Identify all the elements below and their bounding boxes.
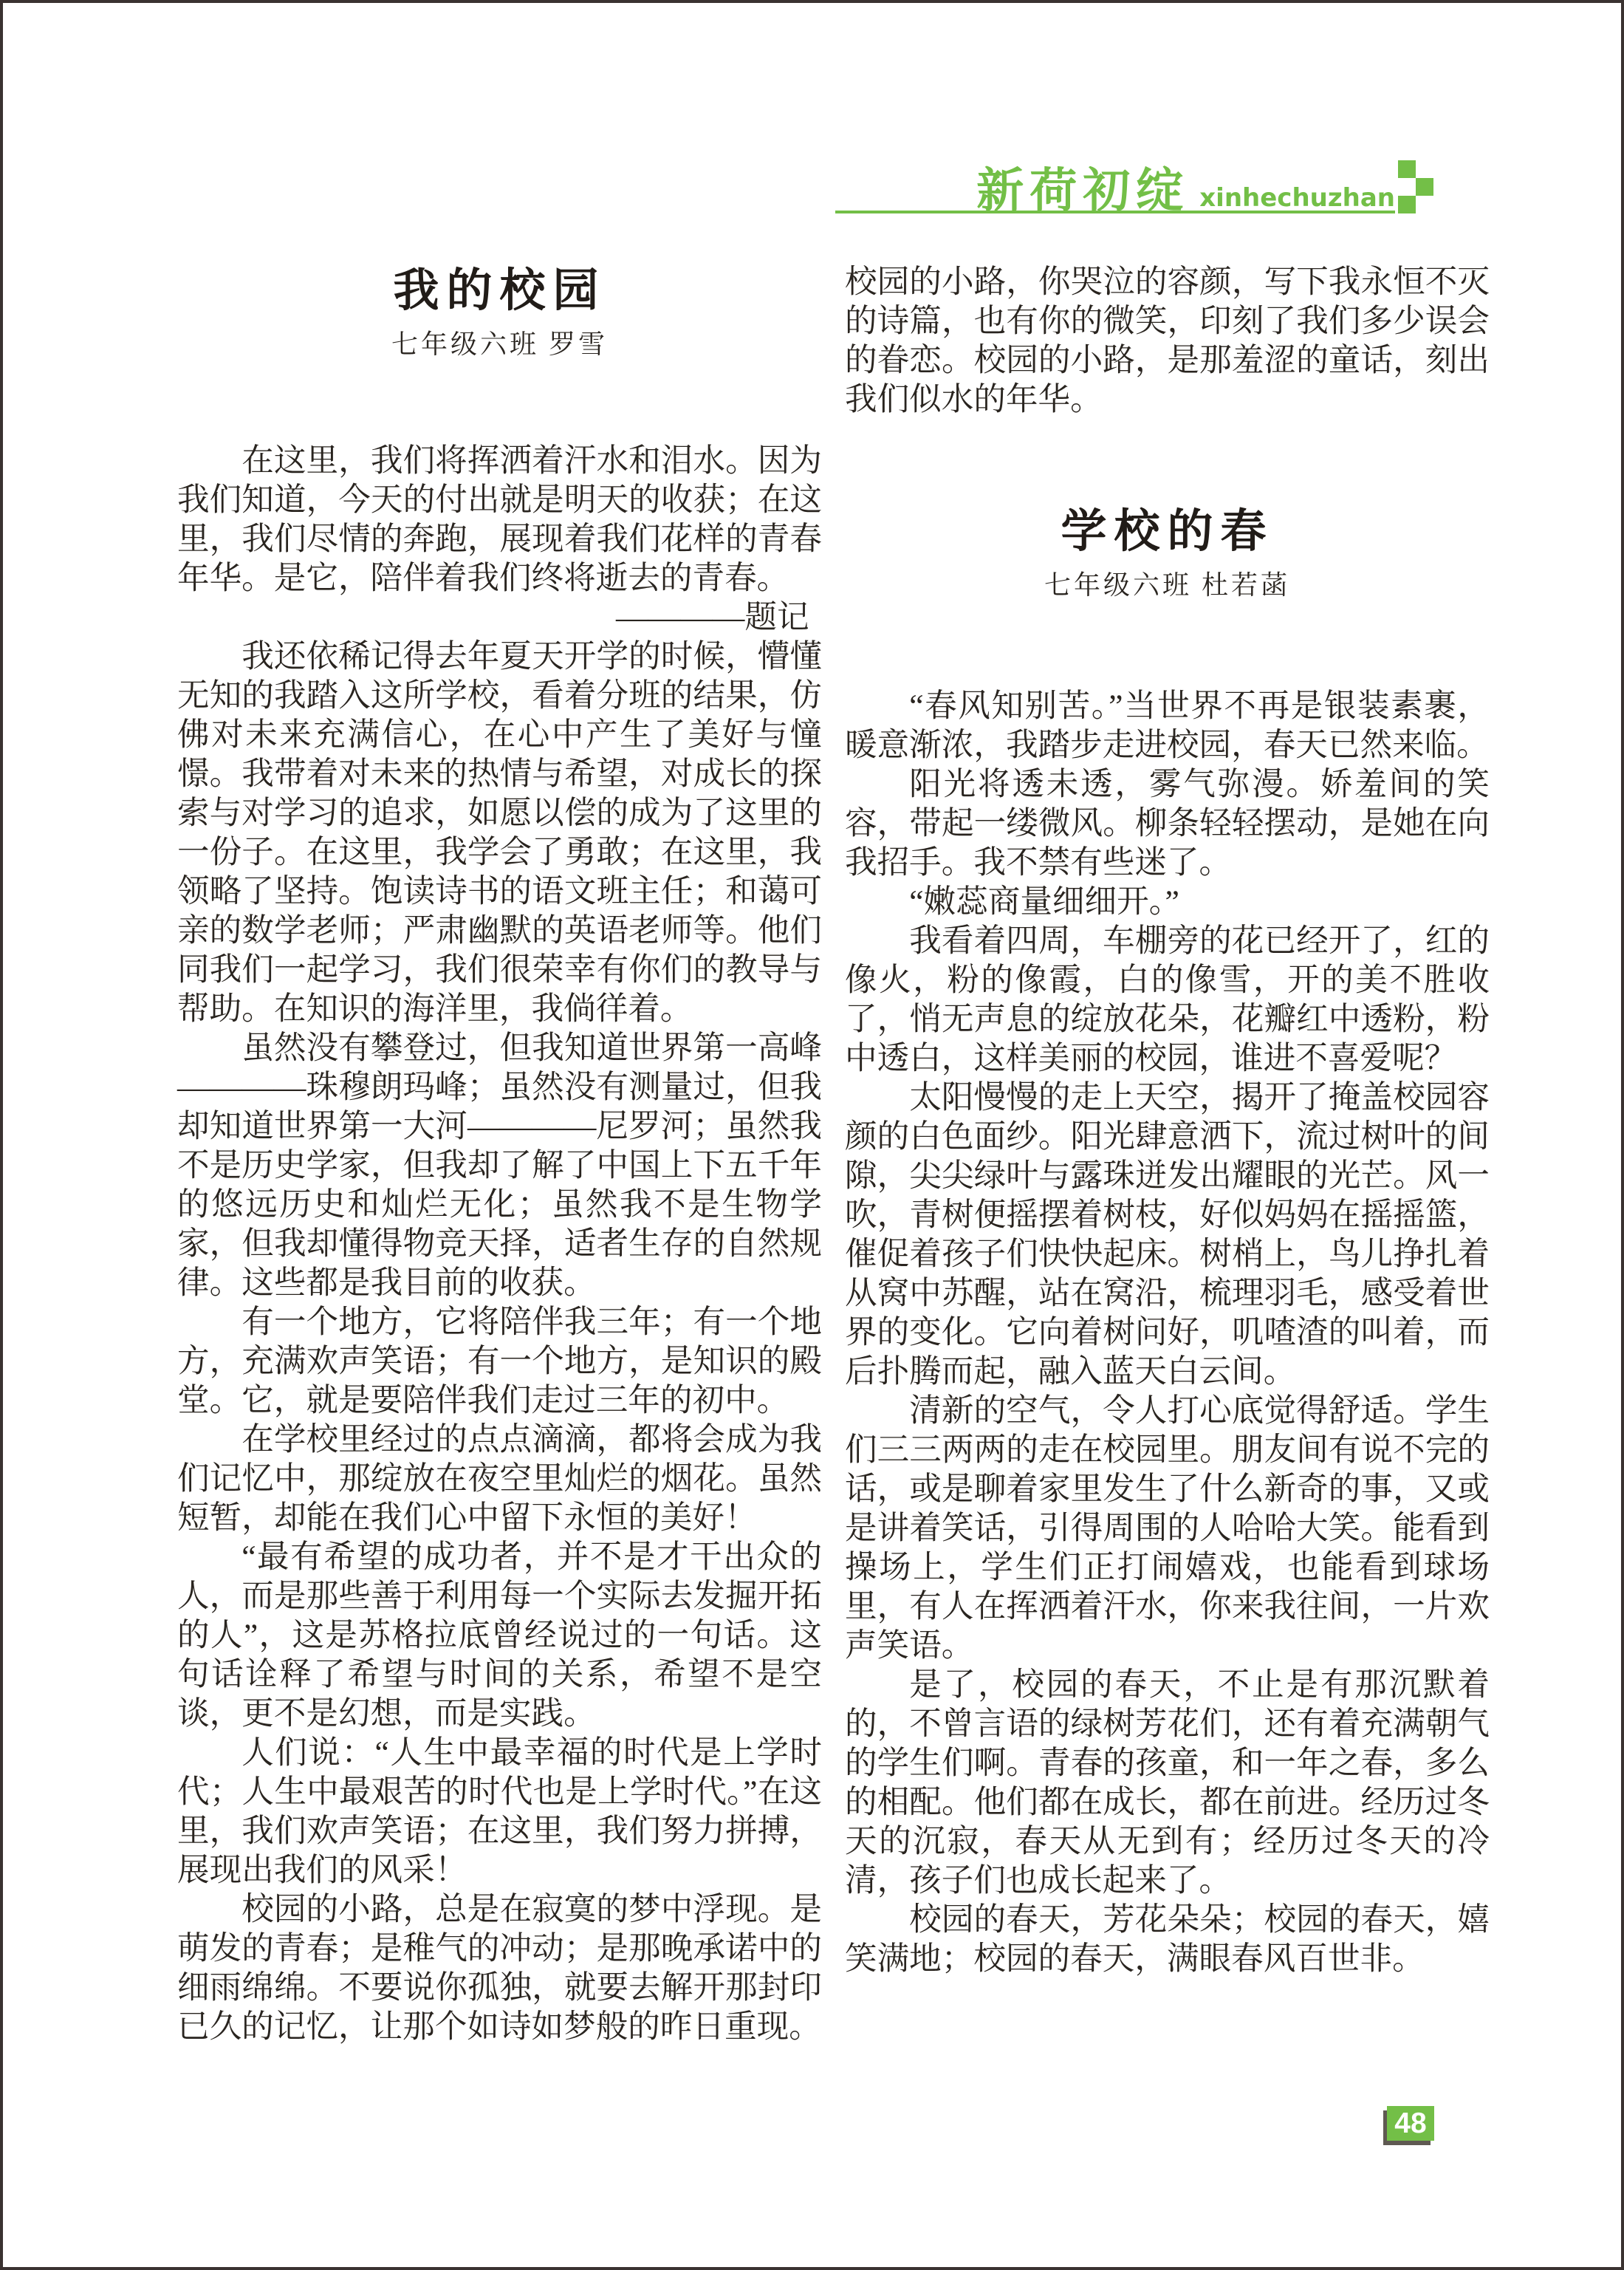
article1-paragraph: 在这里，我们将挥洒着汗水和泪水。因为我们知道，今天的付出就是明天的收获；在这里，… [177,442,822,598]
article2-paragraph: 太阳慢慢的走上天空，揭开了掩盖校园容颜的白色面纱。阳光肆意洒下，流过树叶的间隙，… [845,1078,1490,1392]
article1-author: 七年级六班 罗雪 [177,329,822,359]
article1-paragraph: 在学校里经过的点点滴滴，都将会成为我们记忆中，那绽放在夜空里灿烂的烟花。虽然短暂… [177,1421,822,1538]
left-column: 我的校园 七年级六班 罗雪 在这里，我们将挥洒着汗水和泪水。因为我们知道，今天的… [177,267,822,2047]
article1-paragraph: 有一个地方，它将陪伴我三年；有一个地方，充满欢声笑语；有一个地方，是知识的殿堂。… [177,1303,822,1421]
article2-header: 学校的春 七年级六班 杜若菡 [845,508,1490,600]
article1-body: 在这里，我们将挥洒着汗水和泪水。因为我们知道，今天的付出就是明天的收获；在这里，… [177,442,822,2047]
article1-paragraph: 我还依稀记得去年夏天开学的时候，懵懂无知的我踏入这所学校，看着分班的结果，仿佛对… [177,637,822,1029]
article2-paragraph: 校园的春天，芳花朵朵；校园的春天，嬉笑满地；校园的春天，满眼春风百世非。 [845,1901,1490,1979]
article1-continuation-paragraph: 校园的小路，你哭泣的容颜，写下我永恒不灭的诗篇，也有你的微笑，印刻了我们多少误会… [845,263,1490,420]
header-rule [835,211,1395,213]
article2-paragraph: 阳光将透未透，雾气弥漫。娇羞间的笑容，带起一缕微风。柳条轻轻摆动，是她在向我招手… [845,765,1490,883]
article2-paragraph: “嫩蕊商量细细开。” [845,883,1490,922]
pixel-square-icon [1416,178,1433,196]
right-column: 校园的小路，你哭泣的容颜，写下我永恒不灭的诗篇，也有你的微笑，印刻了我们多少误会… [845,263,1490,1979]
magazine-page: 新荷初绽 xinhechuzhan 我的校园 七年级六班 罗雪 在这里，我们将挥… [0,0,1624,2270]
article2-paragraph: 我看着四周，车棚旁的花已经开了，红的像火，粉的像霞，白的像雪，开的美不胜收了，悄… [845,922,1490,1078]
article1-title: 我的校园 [177,267,822,315]
article1-paragraph: 人们说：“人生中最幸福的时代是上学时代；人生中最艰苦的时代也是上学时代。”在这里… [177,1734,822,1890]
article1-continuation: 校园的小路，你哭泣的容颜，写下我永恒不灭的诗篇，也有你的微笑，印刻了我们多少误会… [845,263,1490,420]
pixel-square-icon [1398,196,1416,213]
header-title-pinyin: xinhechuzhan [1199,185,1395,211]
article2-title: 学校的春 [845,508,1490,555]
pixel-square-icon [1398,160,1416,178]
article1-epigraph: ————题记 [177,598,822,637]
article2-paragraph: 是了，校园的春天，不止是有那沉默着的，不曾言语的绿树芳花们，还有着充满朝气的学生… [845,1666,1490,1901]
header-title-chinese: 新荷初绽 [976,168,1189,215]
article2-body: “春风知别苦。”当世界不再是银装素裹，暖意渐浓，我踏步走进校园，春天已然来临。 … [845,687,1490,1979]
article2-author: 七年级六班 杜若菡 [845,570,1490,600]
page-number-badge: 48 [1387,2106,1434,2141]
article2-paragraph: 清新的空气，令人打心底觉得舒适。学生们三三两两的走在校园里。朋友间有说不完的话，… [845,1392,1490,1666]
article1-paragraph: “最有希望的成功者，并不是才干出众的人，而是那些善于利用每一个实际去发掘开拓的人… [177,1538,822,1734]
page-header: 新荷初绽 xinhechuzhan [835,147,1395,211]
article1-paragraph: 虽然没有攀登过，但我知道世界第一高峰————珠穆朗玛峰；虽然没有测量过，但我却知… [177,1029,822,1303]
article2-paragraph: “春风知别苦。”当世界不再是银装素裹，暖意渐浓，我踏步走进校园，春天已然来临。 [845,687,1490,765]
article1-paragraph: 校园的小路，总是在寂寞的梦中浮现。是萌发的青春；是稚气的冲动；是那晚承诺中的细雨… [177,1890,822,2047]
